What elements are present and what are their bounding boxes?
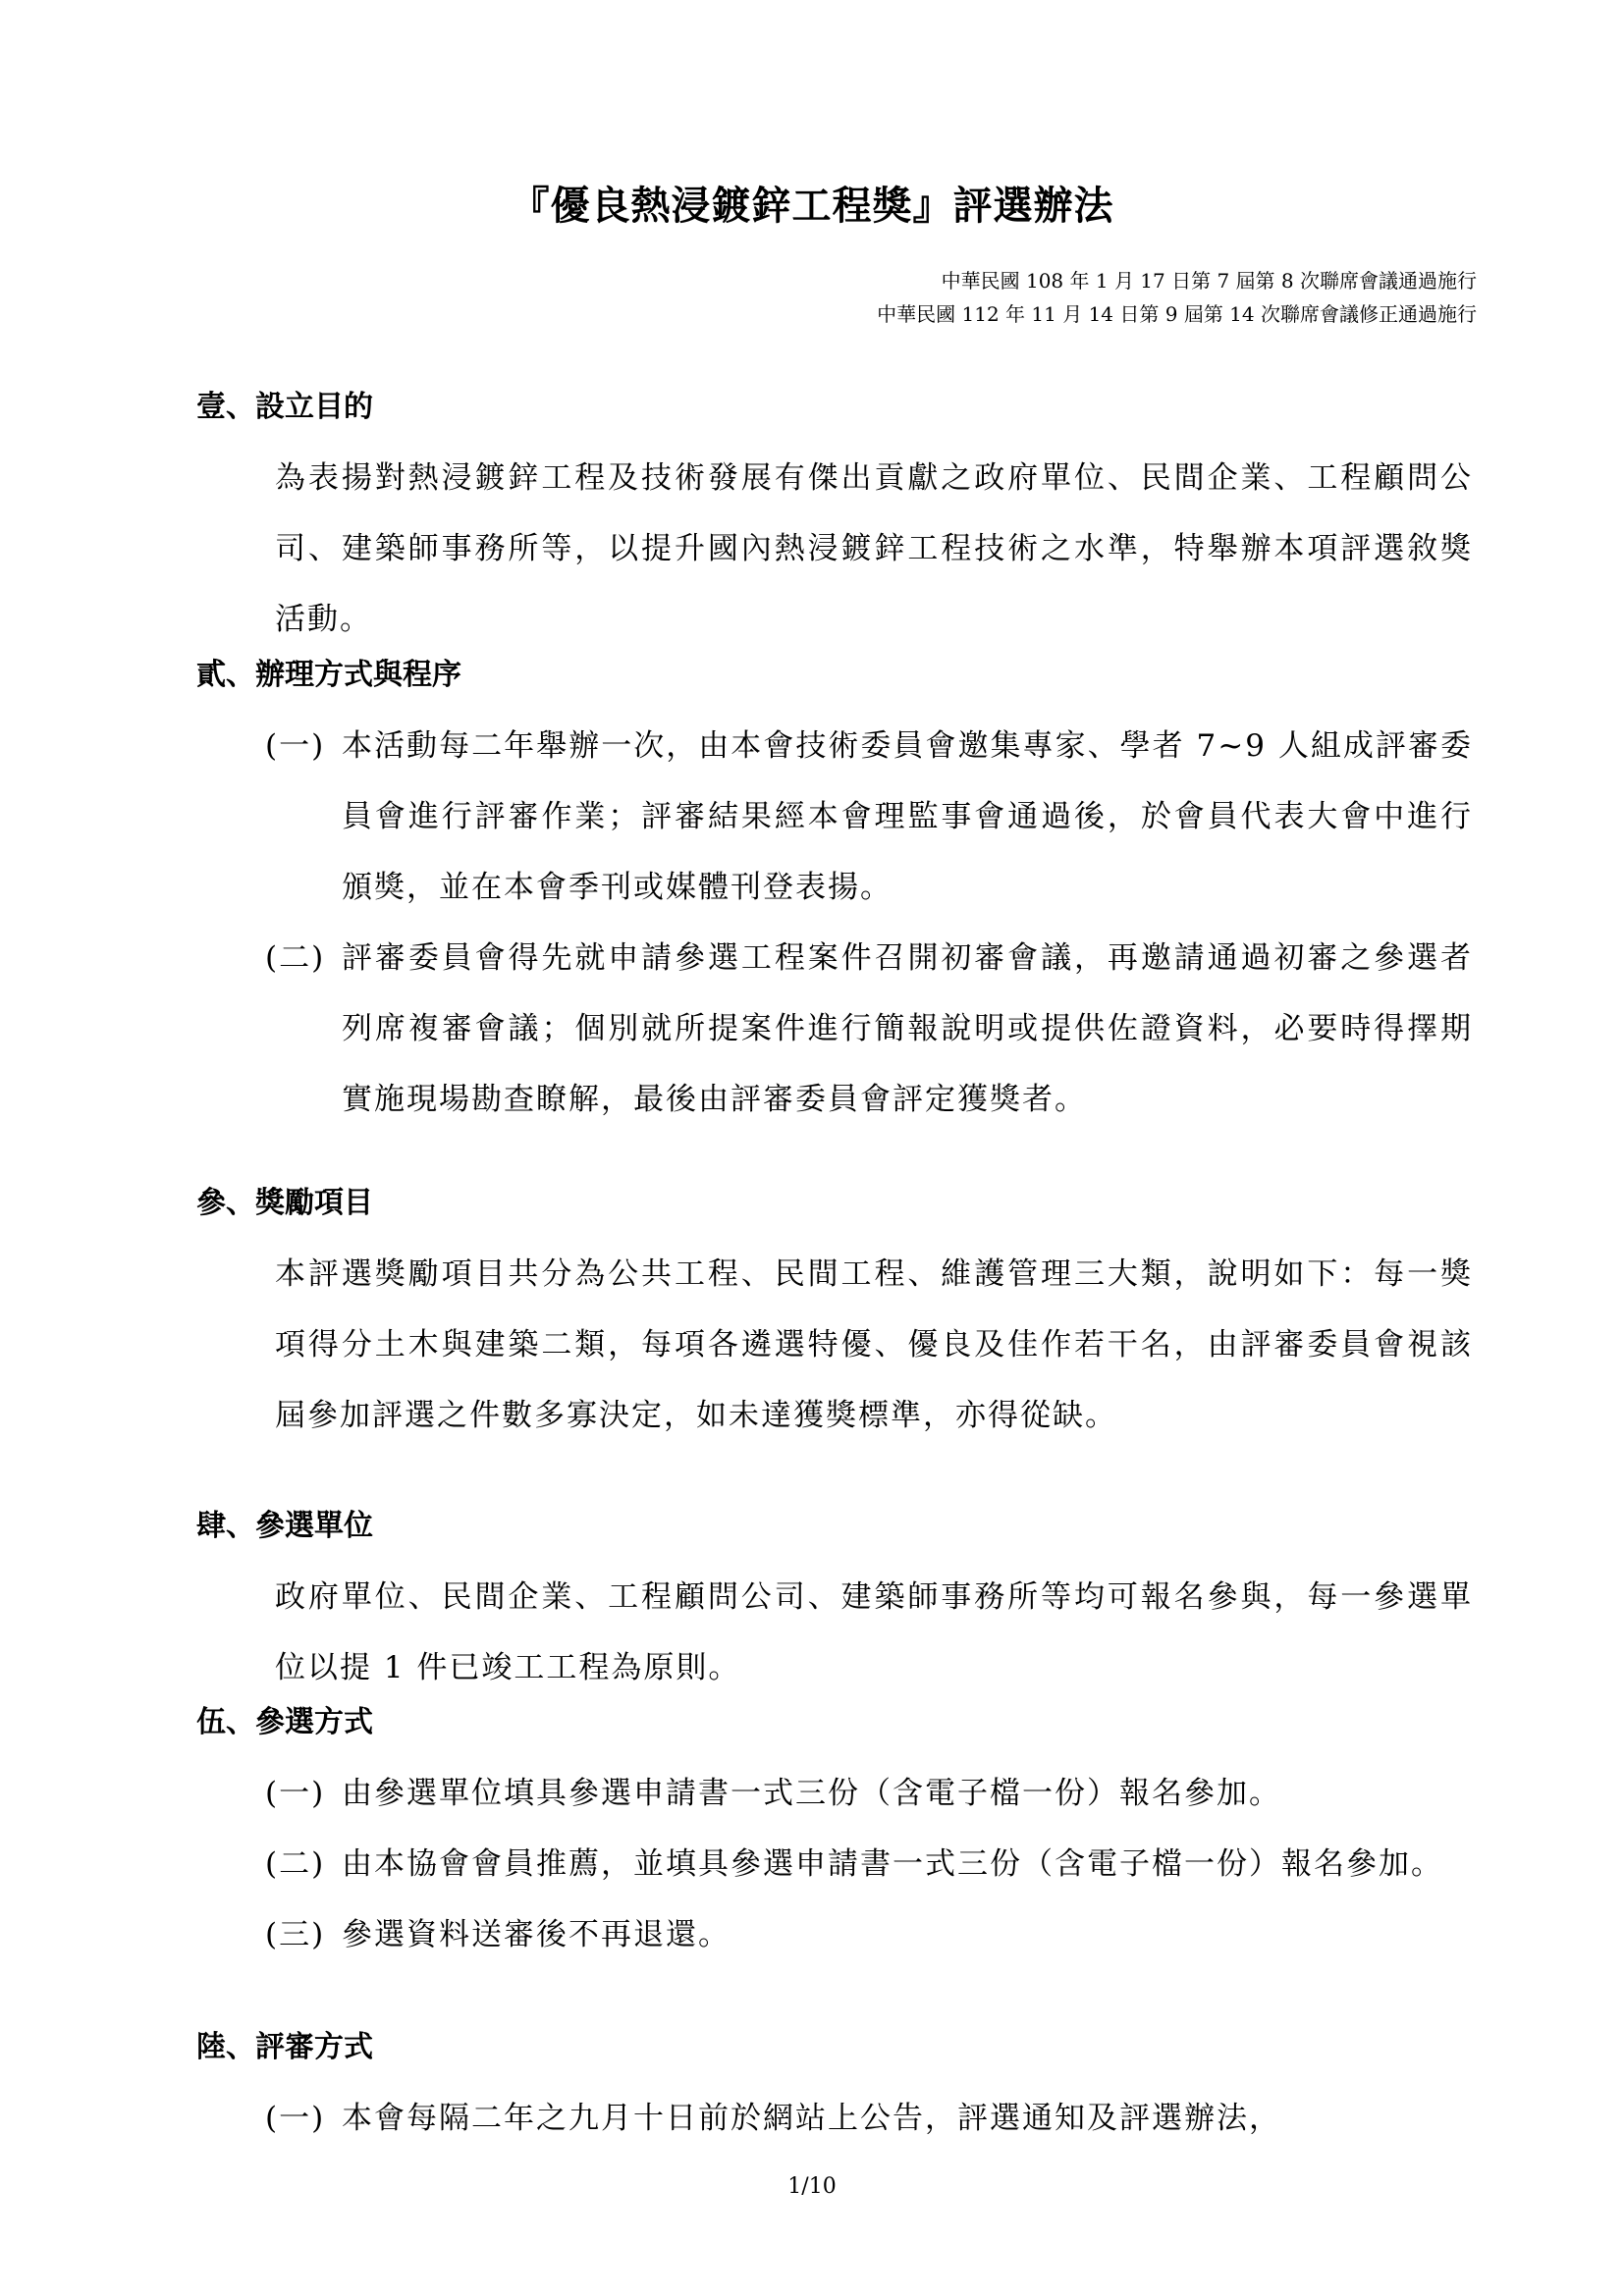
item-text: 本會每隔二年之九月十日前於網站上公告，評選通知及評選辦法， bbox=[342, 2083, 1473, 2154]
list-item: (一) 本會每隔二年之九月十日前於網站上公告，評選通知及評選辦法， bbox=[196, 2083, 1473, 2154]
section-body: 本評選獎勵項目共分為公共工程、民間工程、維護管理三大類，說明如下：每一獎項得分土… bbox=[275, 1239, 1473, 1451]
list-item: (二) 由本協會會員推薦，並填具參選申請書一式三份（含電子檔一份）報名參加。 bbox=[196, 1829, 1473, 1899]
section-heading: 參、獎勵項目 bbox=[196, 1184, 1473, 1223]
list-item: (二) 評審委員會得先就申請參選工程案件召開初審會議，再邀請通過初審之參選者列席… bbox=[196, 923, 1473, 1135]
item-text: 由本協會會員推薦，並填具參選申請書一式三份（含電子檔一份）報名參加。 bbox=[342, 1829, 1473, 1899]
section-eligible-units: 肆、參選單位 政府單位、民間企業、工程顧問公司、建築師事務所等均可報名參與，每一… bbox=[196, 1507, 1473, 1703]
section-heading: 壹、設立目的 bbox=[196, 388, 1473, 427]
document-page: 『優良熱浸鍍鋅工程獎』評選辦法 中華民國 108 年 1 月 17 日第 7 屆… bbox=[0, 0, 1624, 2296]
item-text: 評審委員會得先就申請參選工程案件召開初審會議，再邀請通過初審之參選者列席複審會議… bbox=[342, 923, 1473, 1135]
item-text: 參選資料送審後不再退還。 bbox=[342, 1899, 1473, 1970]
section-application-method: 伍、參選方式 (一) 由參選單位填具參選申請書一式三份（含電子檔一份）報名參加。… bbox=[196, 1703, 1473, 1970]
section-review-method: 陸、評審方式 (一) 本會每隔二年之九月十日前於網站上公告，評選通知及評選辦法， bbox=[196, 2028, 1473, 2154]
section-procedure: 貳、辦理方式與程序 (一) 本活動每二年舉辦一次，由本會技術委員會邀集專家、學者… bbox=[196, 656, 1473, 1135]
section-heading: 貳、辦理方式與程序 bbox=[196, 656, 1473, 695]
section-purpose: 壹、設立目的 為表揚對熱浸鍍鋅工程及技術發展有傑出貢獻之政府單位、民間企業、工程… bbox=[196, 388, 1473, 655]
item-number: (二) bbox=[265, 1829, 342, 1899]
section-heading: 陸、評審方式 bbox=[196, 2028, 1473, 2067]
section-heading: 伍、參選方式 bbox=[196, 1703, 1473, 1742]
item-number: (三) bbox=[265, 1899, 342, 1970]
item-number: (二) bbox=[265, 923, 342, 1135]
section-body: 為表揚對熱浸鍍鋅工程及技術發展有傑出貢獻之政府單位、民間企業、工程顧問公司、建築… bbox=[275, 443, 1473, 655]
section-body: 政府單位、民間企業、工程顧問公司、建築師事務所等均可報名參與，每一參選單位以提 … bbox=[275, 1562, 1473, 1703]
item-text: 由參選單位填具參選申請書一式三份（含電子檔一份）報名參加。 bbox=[342, 1758, 1473, 1829]
page-number: 1/10 bbox=[0, 2174, 1624, 2199]
adoption-note: 中華民國 108 年 1 月 17 日第 7 屆第 8 次聯席會議通過施行 bbox=[942, 265, 1477, 294]
section-heading: 肆、參選單位 bbox=[196, 1507, 1473, 1546]
amendment-note: 中華民國 112 年 11 月 14 日第 9 屆第 14 次聯席會議修正通過施… bbox=[877, 298, 1477, 327]
section-award-items: 參、獎勵項目 本評選獎勵項目共分為公共工程、民間工程、維護管理三大類，說明如下：… bbox=[196, 1184, 1473, 1451]
item-text: 本活動每二年舉辦一次，由本會技術委員會邀集專家、學者 7~9 人組成評審委員會進… bbox=[342, 711, 1473, 923]
item-number: (一) bbox=[265, 1758, 342, 1829]
list-item: (一) 本活動每二年舉辦一次，由本會技術委員會邀集專家、學者 7~9 人組成評審… bbox=[196, 711, 1473, 923]
document-title: 『優良熱浸鍍鋅工程獎』評選辦法 bbox=[0, 175, 1624, 231]
item-number: (一) bbox=[265, 2083, 342, 2154]
item-number: (一) bbox=[265, 711, 342, 923]
list-item: (一) 由參選單位填具參選申請書一式三份（含電子檔一份）報名參加。 bbox=[196, 1758, 1473, 1829]
list-item: (三) 參選資料送審後不再退還。 bbox=[196, 1899, 1473, 1970]
